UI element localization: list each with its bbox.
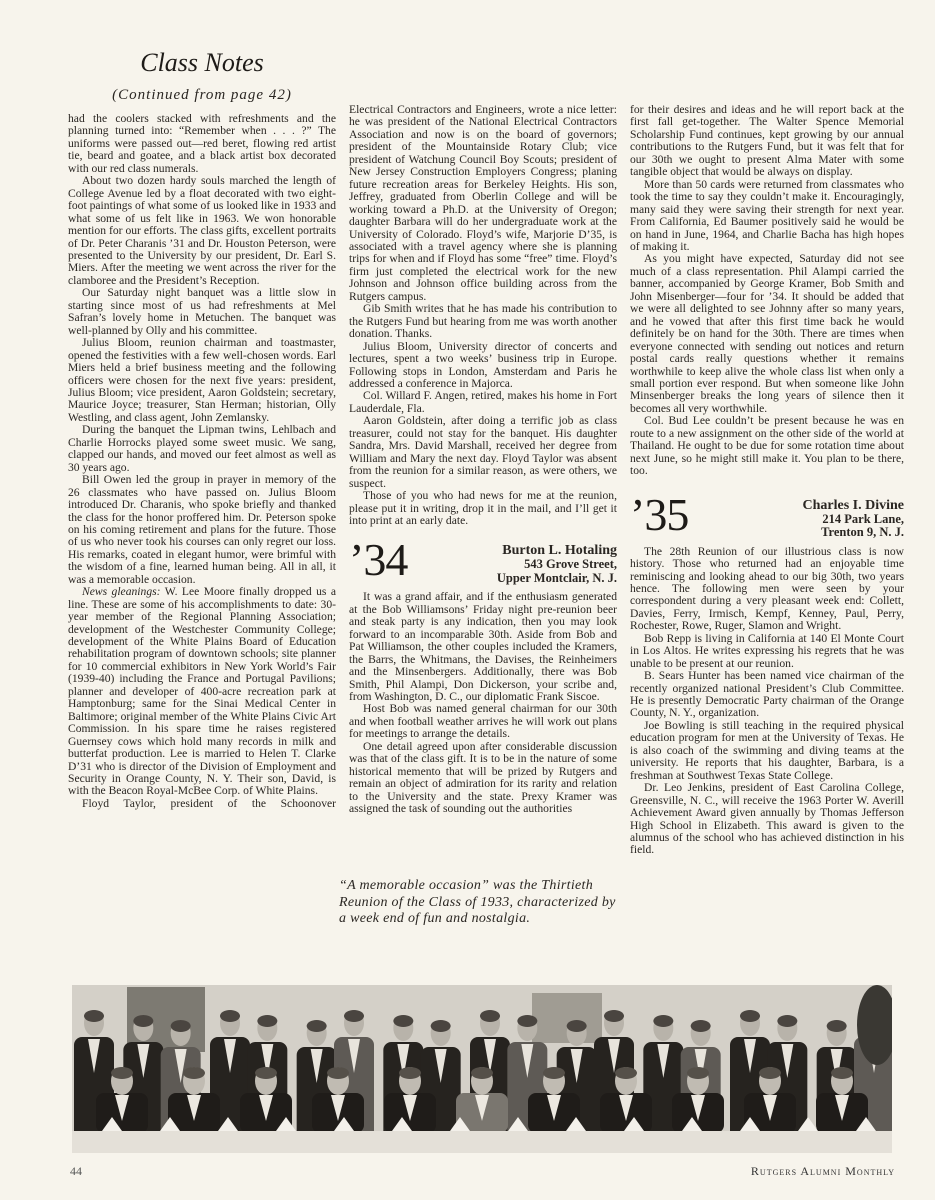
correspondent-name: Burton L. Hotaling	[497, 543, 617, 558]
class-year-34: ’34	[349, 537, 407, 583]
paragraph: About two dozen hardy souls marched the …	[68, 175, 336, 287]
page-number: 44	[70, 1164, 82, 1179]
class-34-correspondent: Burton L. Hotaling 543 Grove Street, Upp…	[497, 537, 617, 585]
correspondent-name: Charles I. Divine	[803, 498, 905, 513]
correspondent-street: 214 Park Lane,	[803, 513, 905, 527]
publication-name: Rutgers Alumni Monthly	[751, 1164, 895, 1179]
paragraph: During the banquet the Lipman twins, Leh…	[68, 424, 336, 474]
paragraph: Julius Bloom, reunion chairman and toast…	[68, 337, 336, 424]
paragraph: More than 50 cards were returned from cl…	[630, 179, 904, 254]
class-34-header: ’34 Burton L. Hotaling 543 Grove Street,…	[349, 537, 617, 585]
paragraph: Col. Willard F. Angen, retired, makes hi…	[349, 390, 617, 415]
news-text: W. Lee Moore finally dropped us a line. …	[68, 585, 336, 797]
paragraph: One detail agreed upon after considerabl…	[349, 741, 617, 816]
paragraph: Gib Smith writes that he has made his co…	[349, 303, 617, 340]
column-1: had the coolers stacked with refreshment…	[68, 113, 336, 810]
paragraph: B. Sears Hunter has been named vice chai…	[630, 670, 904, 720]
section-heading: Class Notes (Continued from page 42)	[68, 48, 336, 104]
paragraph: Those of you who had news for me at the …	[349, 490, 617, 527]
class-35-correspondent: Charles I. Divine 214 Park Lane, Trenton…	[803, 492, 905, 540]
paragraph: Floyd Taylor, president of the Schoonove…	[68, 798, 336, 810]
class-year-35: ’35	[630, 492, 688, 538]
paragraph: for their desires and ideas and he will …	[630, 104, 904, 179]
paragraph: had the coolers stacked with refreshment…	[68, 113, 336, 175]
paragraph: Julius Bloom, University director of con…	[349, 341, 617, 391]
news-lead: News gleanings:	[82, 585, 161, 598]
paragraph: Dr. Leo Jenkins, president of East Carol…	[630, 782, 904, 857]
paragraph: Host Bob was named general chairman for …	[349, 703, 617, 740]
paragraph: Our Saturday night banquet was a little …	[68, 287, 336, 337]
paragraph: Electrical Contractors and Engineers, wr…	[349, 104, 617, 303]
paragraph: As you might have expected, Saturday did…	[630, 253, 904, 415]
column-3: for their desires and ideas and he will …	[630, 4, 904, 857]
correspondent-city: Trenton 9, N. J.	[803, 526, 905, 540]
section-title: Class Notes	[68, 48, 336, 78]
paragraph-news-gleanings: News gleanings: W. Lee Moore finally dro…	[68, 586, 336, 798]
column-2: Electrical Contractors and Engineers, wr…	[349, 4, 617, 816]
paragraph: Bob Repp is living in California at 140 …	[630, 633, 904, 670]
paragraph: The 28th Reunion of our illustrious clas…	[630, 546, 904, 633]
paragraph: It was a grand affair, and if the enthus…	[349, 591, 617, 703]
correspondent-city: Upper Montclair, N. J.	[497, 572, 617, 586]
paragraph: Joe Bowling is still teaching in the req…	[630, 720, 904, 782]
continued-note: (Continued from page 42)	[68, 86, 336, 104]
correspondent-street: 543 Grove Street,	[497, 558, 617, 572]
paragraph: Aaron Goldstein, after doing a terrific …	[349, 415, 617, 490]
group-photo-image	[72, 985, 892, 1153]
paragraph: Col. Bud Lee couldn’t be present because…	[630, 415, 904, 477]
group-photo	[72, 985, 892, 1153]
photo-caption: “A memorable occasion” was the Thirtieth…	[339, 878, 619, 928]
paragraph: Bill Owen led the group in prayer in mem…	[68, 474, 336, 586]
class-35-header: ’35 Charles I. Divine 214 Park Lane, Tre…	[630, 492, 904, 540]
